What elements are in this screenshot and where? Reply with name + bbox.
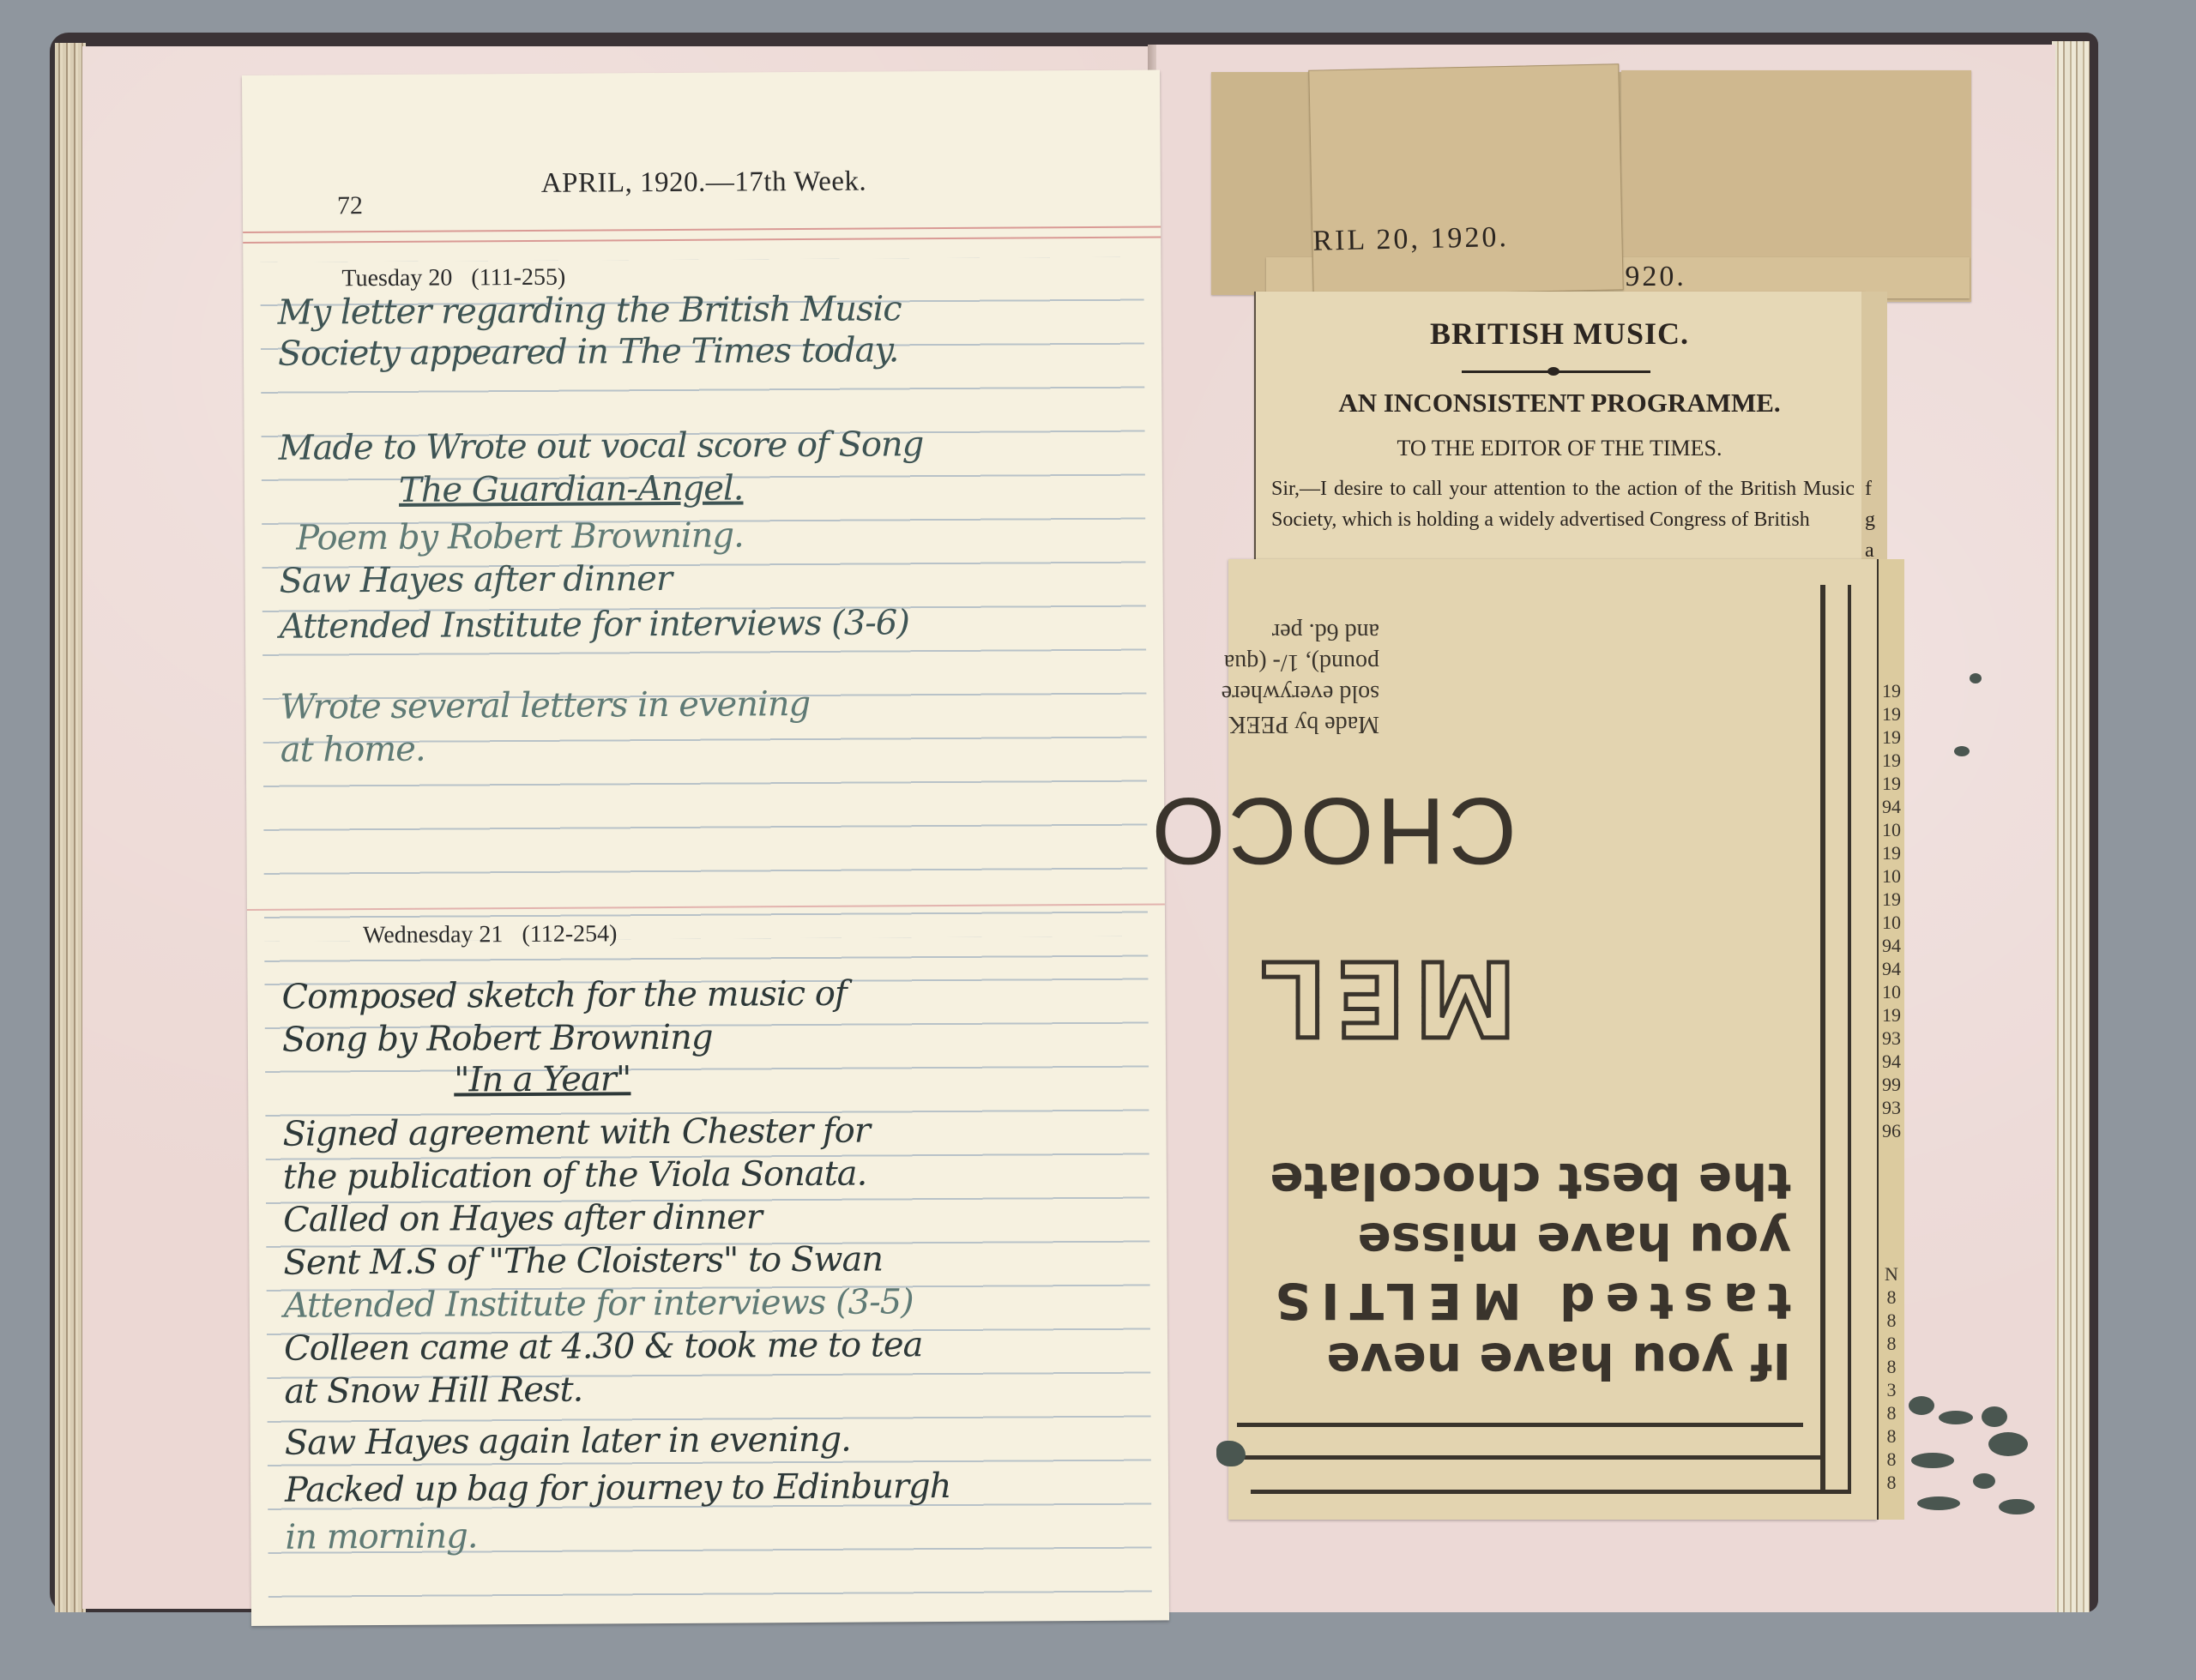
ornament-rule xyxy=(1462,370,1650,373)
ink-stain xyxy=(1216,1441,1246,1466)
letter-body: Sir,—I desire to call your attention to … xyxy=(1271,473,1855,535)
column-digit: 8 xyxy=(1879,1471,1904,1494)
column-digit: 8 xyxy=(1879,1401,1904,1424)
ink-stain xyxy=(1982,1406,2007,1427)
entry-line: Colleen came at 4.30 & took me to tea xyxy=(284,1323,923,1370)
column-digit: 8 xyxy=(1879,1424,1904,1448)
column-digit: 8 xyxy=(1879,1286,1904,1309)
entry-line: Society appeared in The Times today. xyxy=(278,328,899,375)
number-column-bottom: N 8 8 8 8 3 8 8 8 8 xyxy=(1879,1262,1904,1494)
day-label: Wednesday 21 xyxy=(363,921,504,948)
entry-line: Made to Wrote out vocal score of Song xyxy=(279,423,924,470)
entry-line: in morning. xyxy=(285,1514,477,1558)
small-line: and 6d. per xyxy=(1222,616,1379,647)
addressee: TO THE EDITOR OF THE TIMES. xyxy=(1256,436,1863,461)
column-digit: 19 xyxy=(1879,1003,1904,1027)
small-line: pound), 1/- (qua xyxy=(1222,647,1379,677)
frame-line xyxy=(1237,1423,1803,1427)
ad-brand: MEL xyxy=(1252,937,1517,1057)
header-rule xyxy=(243,226,1161,233)
column-digit: 19 xyxy=(1879,679,1904,702)
ad-content-inverted: If you have neve tasted MELTIS you have … xyxy=(1228,559,1877,1520)
column-digit: 10 xyxy=(1879,980,1904,1003)
ink-stain xyxy=(1970,673,1982,683)
entry-line: Sent M.S of "The Cloisters" to Swan xyxy=(283,1237,883,1284)
subheadline: AN INCONSISTENT PROGRAMME. xyxy=(1256,388,1863,418)
frame-line xyxy=(1251,1490,1851,1494)
column-digit: 19 xyxy=(1879,702,1904,726)
entry-line: at Snow Hill Rest. xyxy=(284,1369,582,1413)
day-tuesday: Tuesday 20 (111-255) xyxy=(341,264,565,293)
column-digit: 96 xyxy=(1879,1119,1904,1142)
entry-line: the publication of the Viola Sonata. xyxy=(283,1153,867,1199)
small-line: sold everywhere xyxy=(1222,677,1379,708)
column-digit: N xyxy=(1879,1262,1904,1286)
fragment-letter: f xyxy=(1865,473,1887,504)
column-digit: 8 xyxy=(1879,1448,1904,1471)
day-label: Tuesday 20 xyxy=(341,265,452,292)
number-column-top: 19 19 19 19 19 94 10 19 10 19 10 94 94 1… xyxy=(1879,559,1904,1142)
entry-line: Song by Robert Browning xyxy=(282,1016,713,1062)
day-count: (111-255) xyxy=(471,264,565,292)
ink-stain xyxy=(1954,746,1970,756)
column-digit: 99 xyxy=(1879,1073,1904,1096)
column-digit: 93 xyxy=(1879,1096,1904,1119)
page-header: APRIL, 1920.—17th Week. xyxy=(541,166,867,200)
column-digit: 8 xyxy=(1879,1309,1904,1332)
entry-line: Composed sketch for the music of xyxy=(281,972,846,1019)
column-digit: 19 xyxy=(1879,841,1904,864)
entry-line: Poem by Robert Browning. xyxy=(296,514,744,559)
ad-small-print: Made by PEEK sold everywhere pound), 1/-… xyxy=(1222,616,1379,739)
clipping-date-fragment: RIL 20, 1920. xyxy=(1308,63,1623,297)
frame-line xyxy=(1242,1455,1825,1460)
column-digit: 94 xyxy=(1879,795,1904,818)
entry-line: Packed up bag for journey to Edinburgh xyxy=(285,1465,951,1512)
tagline-line: you have misse xyxy=(1264,1211,1791,1271)
column-digit: 8 xyxy=(1879,1355,1904,1378)
times-letter-clipping: BRITISH MUSIC. AN INCONSISTENT PROGRAMME… xyxy=(1254,292,1865,568)
column-digit: 8 xyxy=(1879,1332,1904,1355)
column-digit: 10 xyxy=(1879,818,1904,841)
column-digit: 19 xyxy=(1879,749,1904,772)
column-digit: 94 xyxy=(1879,1050,1904,1073)
tagline-line: If you have neve xyxy=(1264,1331,1791,1391)
ink-stain xyxy=(1939,1411,1973,1424)
column-digit: 19 xyxy=(1879,772,1904,795)
column-digit: 19 xyxy=(1879,888,1904,911)
column-digit: 3 xyxy=(1879,1378,1904,1401)
entry-line: Attended Institute for interviews (3-5) xyxy=(284,1280,914,1327)
entry-line: Signed agreement with Chester for xyxy=(282,1110,870,1156)
ink-stain xyxy=(1973,1473,1995,1489)
column-digit: 10 xyxy=(1879,911,1904,934)
column-digit: 10 xyxy=(1879,864,1904,888)
headline: BRITISH MUSIC. xyxy=(1256,316,1863,352)
small-line: Made by PEEK xyxy=(1222,708,1379,739)
column-digit: 93 xyxy=(1879,1027,1904,1050)
tagline-line: tasted MELTIS xyxy=(1264,1271,1791,1331)
entry-line: Wrote several letters in evening xyxy=(280,683,810,729)
entry-line: Saw Hayes again later in evening. xyxy=(285,1418,851,1465)
adjacent-column-strip: f g a xyxy=(1861,292,1887,568)
ink-stain xyxy=(1988,1432,2028,1456)
header-rule-2 xyxy=(243,236,1161,244)
entry-line: Called on Hayes after dinner xyxy=(283,1195,762,1241)
fragment-letter: g xyxy=(1865,504,1887,535)
entry-line: at home. xyxy=(281,728,425,772)
entry-line: Attended Institute for interviews (3-6) xyxy=(280,601,909,647)
page-number: 72 xyxy=(337,191,363,220)
ink-stain xyxy=(1917,1496,1960,1510)
dateline-fragment: RIL 20, 1920. xyxy=(1312,221,1509,258)
ad-tagline: If you have neve tasted MELTIS you have … xyxy=(1264,1151,1791,1391)
ink-stain xyxy=(1911,1453,1954,1468)
ink-stain xyxy=(1999,1499,2035,1514)
column-digit: 19 xyxy=(1879,726,1904,749)
frame-line xyxy=(1820,585,1825,1494)
page-edges-right xyxy=(2052,41,2090,1612)
day-wednesday: Wednesday 21 (112-254) xyxy=(363,920,618,949)
number-column-strip: 19 19 19 19 19 94 10 19 10 19 10 94 94 1… xyxy=(1877,559,1904,1520)
ink-stain xyxy=(1909,1396,1934,1415)
frame-line xyxy=(1848,585,1851,1494)
day-count: (112-254) xyxy=(522,920,617,948)
column-digit: 94 xyxy=(1879,934,1904,957)
chocolate-ad-clipping: If you have neve tasted MELTIS you have … xyxy=(1228,559,1877,1520)
page-edges-left xyxy=(55,43,86,1612)
ad-word: CHOCO xyxy=(1149,776,1517,885)
diary-page: 72 APRIL, 1920.—17th Week. Tuesday 20 (1… xyxy=(242,69,1169,1626)
column-digit: 94 xyxy=(1879,957,1904,980)
entry-line: The Guardian-Angel. xyxy=(399,467,744,511)
entry-line: Saw Hayes after dinner xyxy=(279,557,672,603)
tagline-line: the best chocolate xyxy=(1264,1151,1791,1211)
entry-line: "In a Year" xyxy=(454,1057,631,1101)
entry-line: My letter regarding the British Music xyxy=(278,287,902,334)
